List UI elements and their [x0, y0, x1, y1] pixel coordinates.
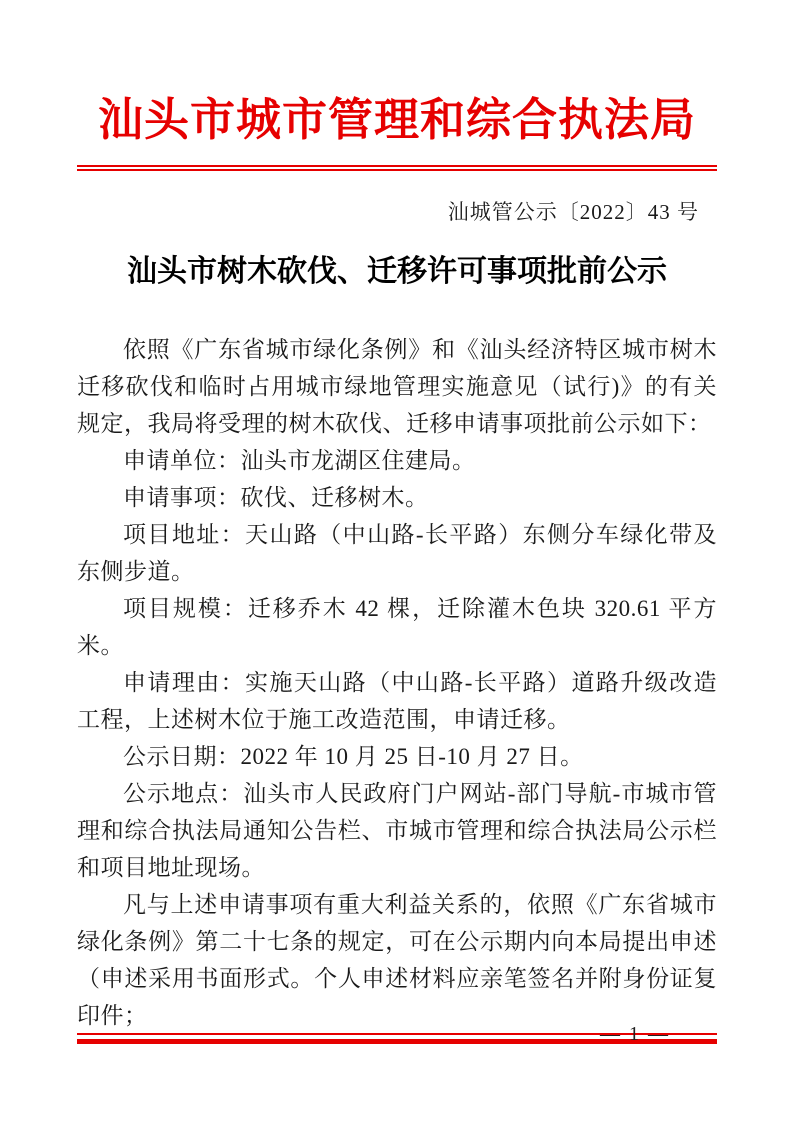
paragraph-dates: 公示日期：2022 年 10 月 25 日-10 月 27 日。: [77, 738, 717, 775]
agency-title: 汕头市城市管理和综合执法局: [77, 0, 717, 152]
paragraph-applicant: 申请单位：汕头市龙湖区住建局。: [77, 442, 717, 479]
paragraph-intro: 依照《广东省城市绿化条例》和《汕头经济特区城市树木迁移砍伐和临时占用城市绿地管理…: [77, 331, 717, 442]
paragraph-objection: 凡与上述申请事项有重大利益关系的，依照《广东省城市绿化条例》第二十七条的规定，可…: [77, 886, 717, 1034]
document-title: 汕头市树木砍伐、迁移许可事项批前公示: [77, 249, 717, 295]
document-content: 汕头市城市管理和综合执法局 汕城管公示〔2022〕43 号 汕头市树木砍伐、迁移…: [77, 0, 717, 1034]
paragraph-matter: 申请事项：砍伐、迁移树木。: [77, 479, 717, 516]
document-number: 汕城管公示〔2022〕43 号: [77, 197, 717, 227]
document-body: 依照《广东省城市绿化条例》和《汕头经济特区城市树木迁移砍伐和临时占用城市绿地管理…: [77, 331, 717, 1034]
paragraph-scale: 项目规模：迁移乔木 42 棵，迁除灌木色块 320.61 平方米。: [77, 590, 717, 664]
masthead-double-rule: [77, 165, 717, 171]
document-page: 汕头市城市管理和综合执法局 汕城管公示〔2022〕43 号 汕头市树木砍伐、迁移…: [0, 0, 794, 1123]
paragraph-address: 项目地址：天山路（中山路-长平路）东侧分车绿化带及东侧步道。: [77, 516, 717, 590]
paragraph-reason: 申请理由：实施天山路（中山路-长平路）道路升级改造工程，上述树木位于施工改造范围…: [77, 664, 717, 738]
paragraph-locations: 公示地点：汕头市人民政府门户网站-部门导航-市城市管理和综合执法局通知公告栏、市…: [77, 775, 717, 886]
page-number: — 1 —: [585, 1021, 685, 1047]
